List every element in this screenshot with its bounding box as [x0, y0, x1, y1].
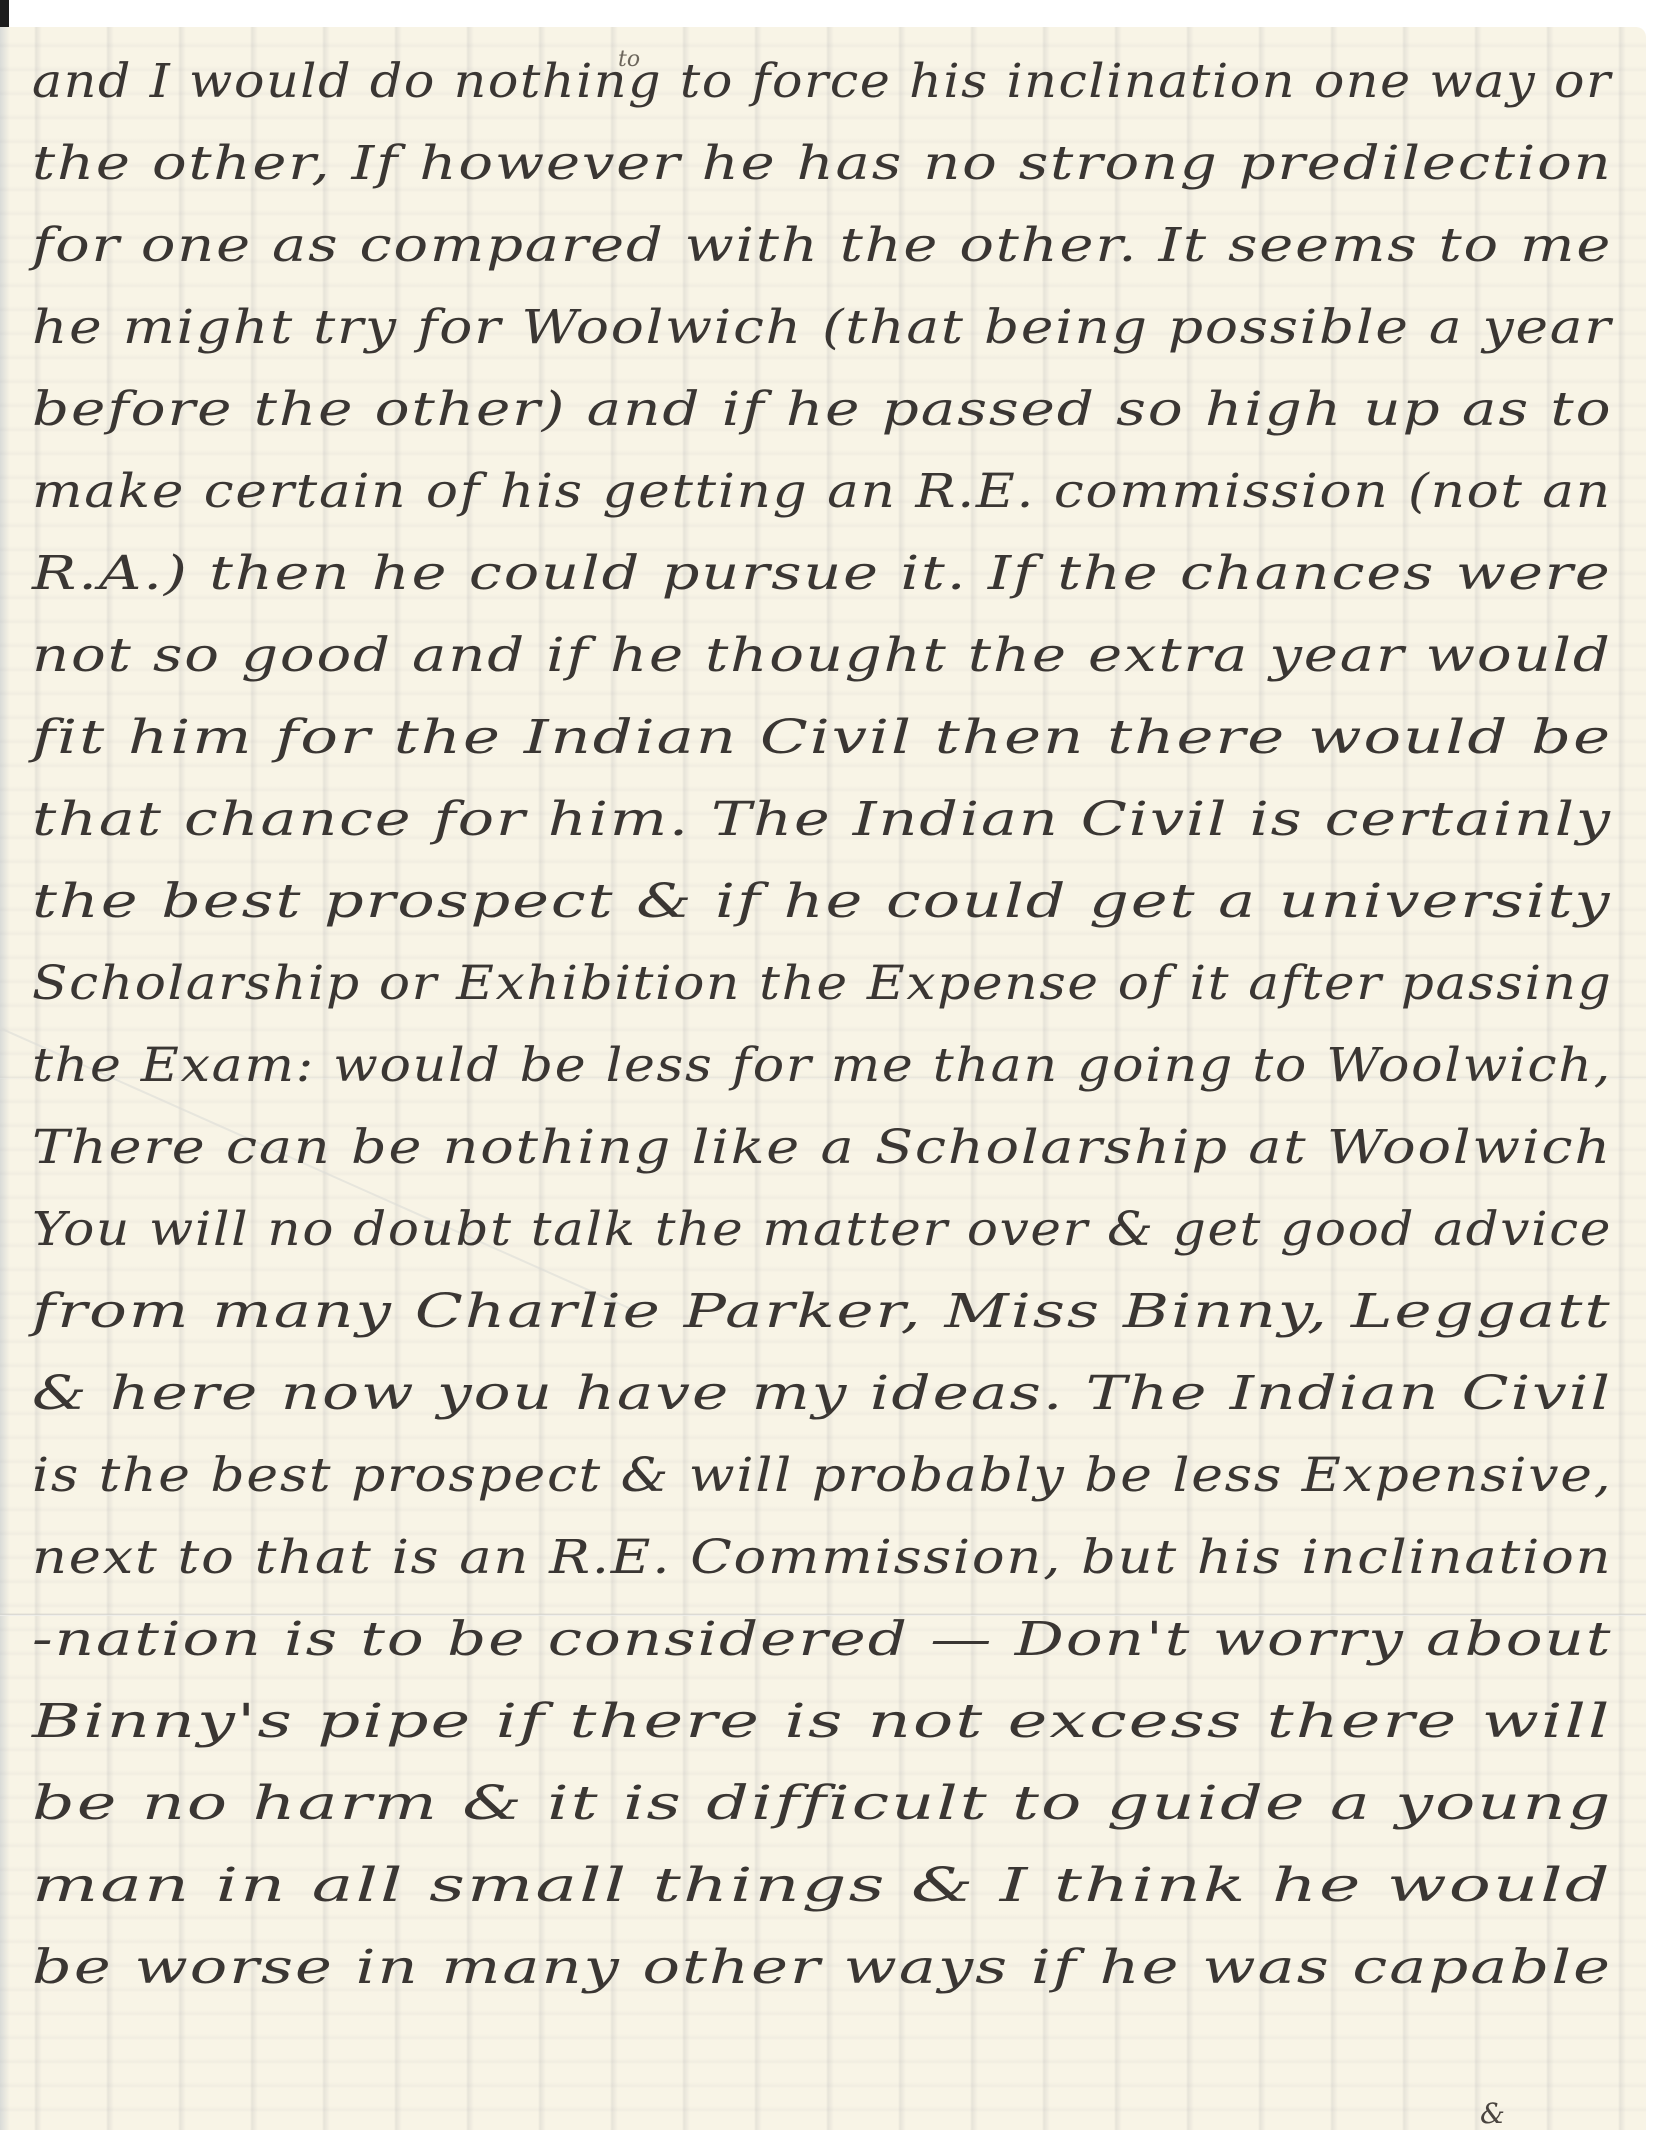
text-line-15: You will no doubt talk the matter over &… — [32, 1189, 1622, 1271]
text-line-13: the Exam: would be less for me than goin… — [32, 1025, 1622, 1107]
text-line-8: not so good and if he thought the extra … — [32, 615, 1622, 697]
text-line-9: fit him for the Indian Civil then there … — [32, 697, 1622, 779]
text-line-5: before the other) and if he passed so hi… — [32, 369, 1622, 451]
text-line-1: and I would do nothing to force his incl… — [32, 41, 1622, 123]
letter-page: to and I would do nothing to force his i… — [0, 27, 1646, 2130]
text-line-21: Binny's pipe if there is not excess ther… — [32, 1681, 1622, 1763]
text-line-11: the best prospect & if he could get a un… — [32, 861, 1622, 943]
text-line-6: make certain of his getting an R.E. comm… — [32, 451, 1622, 533]
text-line-16: from many Charlie Parker, Miss Binny, Le… — [32, 1271, 1622, 1353]
text-line-4: he might try for Woolwich (that being po… — [32, 287, 1622, 369]
text-line-14: There can be nothing like a Scholarship … — [32, 1107, 1622, 1189]
text-line-2: the other, If however he has no strong p… — [32, 123, 1622, 205]
text-line-20: -nation is to be considered — Don't worr… — [32, 1599, 1622, 1681]
scanner-edge — [0, 0, 9, 27]
text-line-3: for one as compared with the other. It s… — [32, 205, 1622, 287]
text-line-18: is the best prospect & will probably be … — [32, 1435, 1622, 1517]
text-line-12: Scholarship or Exhibition the Expense of… — [32, 943, 1622, 1025]
text-line-24: be worse in many other ways if he was ca… — [32, 1927, 1622, 2009]
text-line-22: be no harm & it is difficult to guide a … — [32, 1763, 1622, 1845]
text-line-19: next to that is an R.E. Commission, but … — [32, 1517, 1622, 1599]
text-line-10: that chance for him. The Indian Civil is… — [32, 779, 1622, 861]
trailing-mark: & — [1480, 2097, 1505, 2130]
text-line-23: man in all small things & I think he wou… — [32, 1845, 1622, 1927]
text-line-7: R.A.) then he could pursue it. If the ch… — [32, 533, 1622, 615]
text-line-17: & here now you have my ideas. The Indian… — [32, 1353, 1622, 1435]
